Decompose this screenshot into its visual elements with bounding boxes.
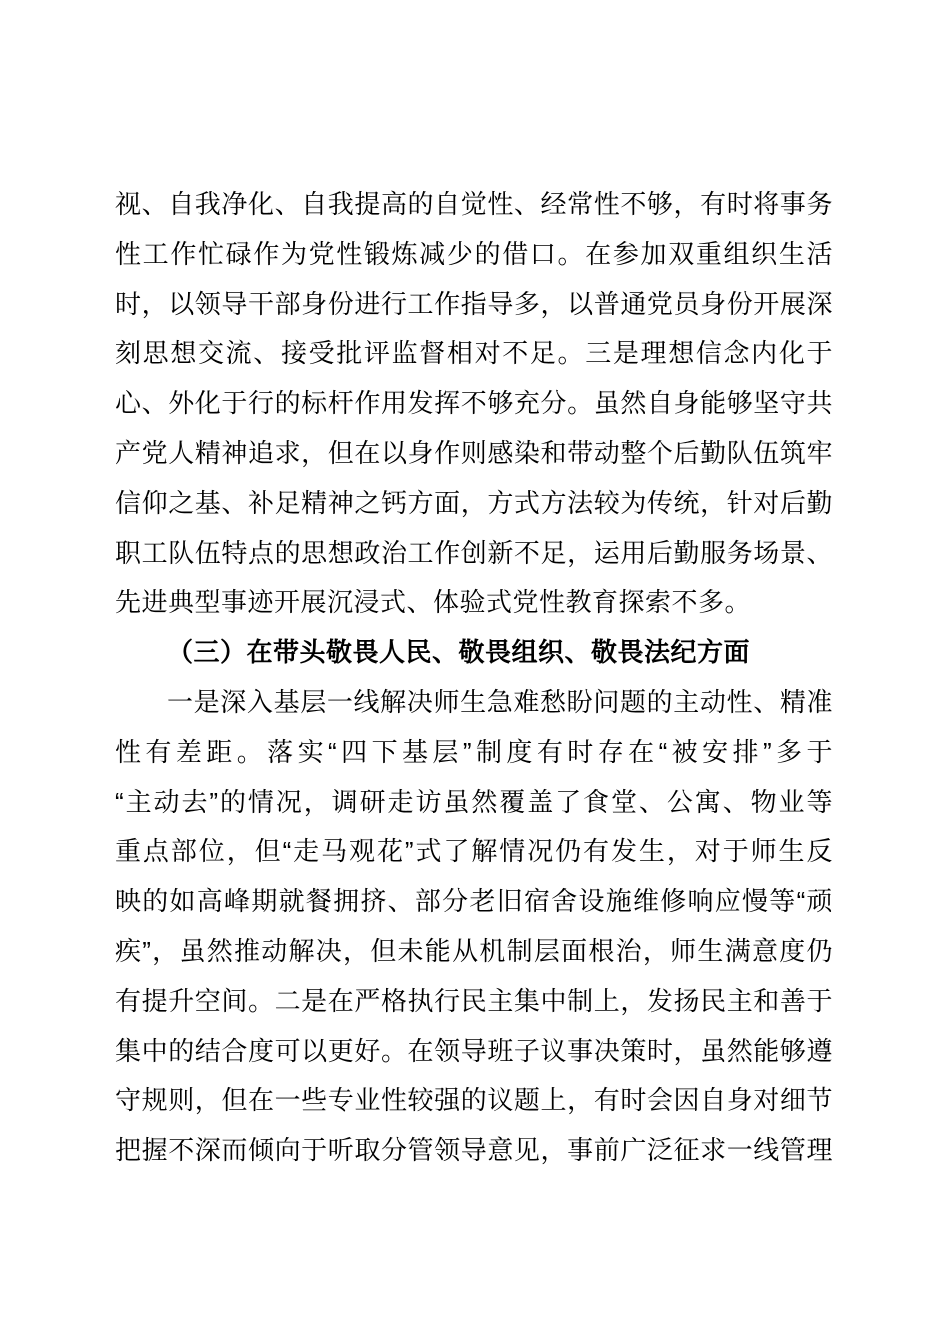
text-line: 一是深入基层一线解决师生急难愁盼问题的主动性、精准 [115, 678, 833, 728]
text-line: 有提升空间。二是在严格执行民主集中制上，发扬民主和善于 [115, 977, 833, 1027]
text-line: 疾”，虽然推动解决，但未能从机制层面根治，师生满意度仍 [115, 927, 833, 977]
text-line: “主动去”的情况，调研走访虽然覆盖了食堂、公寓、物业等 [115, 778, 833, 828]
text-line: 心、外化于行的标杆作用发挥不够充分。虽然自身能够坚守共 [115, 379, 833, 429]
text-line: 把握不深而倾向于听取分管领导意见，事前广泛征求一线管理 [115, 1126, 833, 1176]
text-line: 时，以领导干部身份进行工作指导多，以普通党员身份开展深 [115, 280, 833, 330]
text-line: 集中的结合度可以更好。在领导班子议事决策时，虽然能够遵 [115, 1027, 833, 1077]
text-line: 守规则，但在一些专业性较强的议题上，有时会因自身对细节 [115, 1076, 833, 1126]
text-line: 性工作忙碌作为党性锻炼减少的借口。在参加双重组织生活 [115, 230, 833, 280]
text-line: 性有差距。落实“四下基层”制度有时存在“被安排”多于 [115, 728, 833, 778]
text-line: 先进典型事迹开展沉浸式、体验式党性教育探索不多。 [115, 578, 833, 628]
text-line: 信仰之基、补足精神之钙方面，方式方法较为传统，针对后勤 [115, 479, 833, 529]
text-line: 职工队伍特点的思想政治工作创新不足，运用后勤服务场景、 [115, 529, 833, 579]
text-line: 产党人精神追求，但在以身作则感染和带动整个后勤队伍筑牢 [115, 429, 833, 479]
document-text-block: 视、自我净化、自我提高的自觉性、经常性不够，有时将事务 性工作忙碌作为党性锻炼减… [115, 180, 833, 1176]
text-line: 视、自我净化、自我提高的自觉性、经常性不够，有时将事务 [115, 180, 833, 230]
document-page: 视、自我净化、自我提高的自觉性、经常性不够，有时将事务 性工作忙碌作为党性锻炼减… [0, 0, 950, 1344]
text-line: 重点部位，但“走马观花”式了解情况仍有发生，对于师生反 [115, 827, 833, 877]
section-heading: （三）在带头敬畏人民、敬畏组织、敬畏法纪方面 [115, 628, 833, 678]
text-line: 刻思想交流、接受批评监督相对不足。三是理想信念内化于 [115, 329, 833, 379]
text-line: 映的如高峰期就餐拥挤、部分老旧宿舍设施维修响应慢等“顽 [115, 877, 833, 927]
